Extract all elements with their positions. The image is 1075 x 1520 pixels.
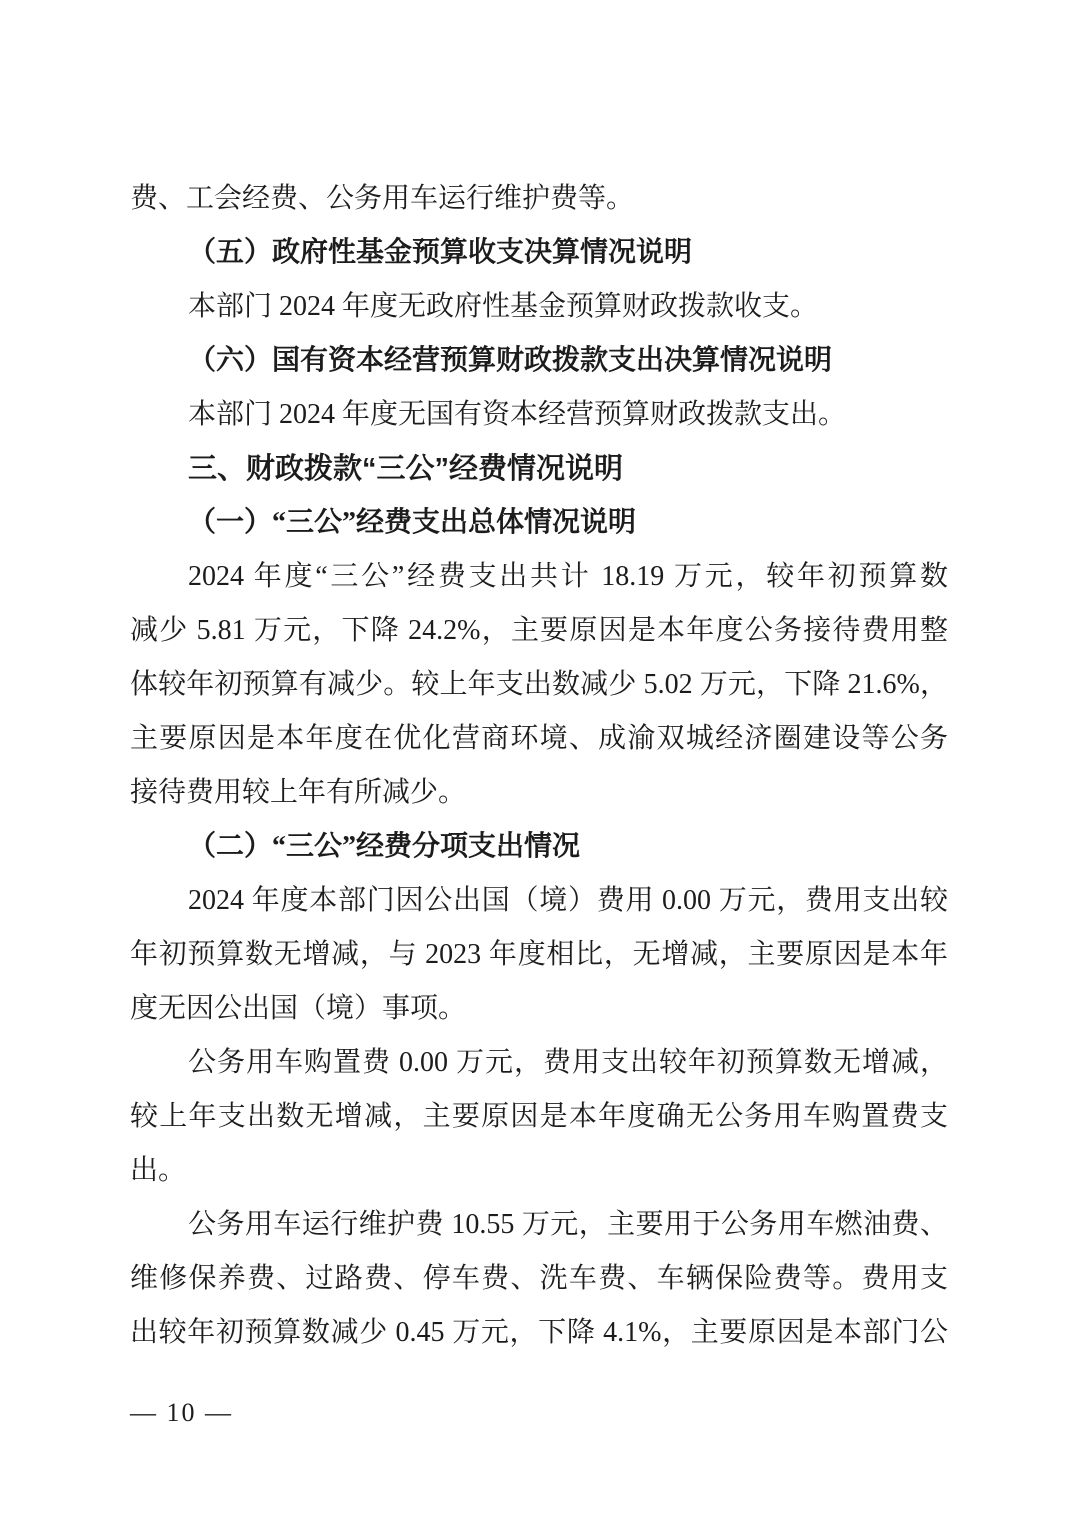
text-line: 接待费用较上年有所减少。: [130, 766, 948, 820]
text-line: （五）政府性基金预算收支决算情况说明: [130, 226, 948, 280]
text-line: 费、工会经费、公务用车运行维护费等。: [130, 172, 948, 226]
text-line: 公务用车购置费 0.00 万元，费用支出较年初预算数无增减，: [130, 1036, 948, 1090]
text-line: 本部门 2024 年度无国有资本经营预算财政拨款支出。: [130, 388, 948, 442]
text-line: 本部门 2024 年度无政府性基金预算财政拨款收支。: [130, 280, 948, 334]
page-number-footer: — 10 —: [130, 1398, 233, 1428]
text-line: 公务用车运行维护费 10.55 万元，主要用于公务用车燃油费、: [130, 1198, 948, 1252]
text-line: 度无因公出国（境）事项。: [130, 982, 948, 1036]
text-line: 年初预算数无增减，与 2023 年度相比，无增减，主要原因是本年: [130, 928, 948, 982]
text-line: 2024 年度本部门因公出国（境）费用 0.00 万元，费用支出较: [130, 874, 948, 928]
text-line: （六）国有资本经营预算财政拨款支出决算情况说明: [130, 334, 948, 388]
text-line: 出。: [130, 1144, 948, 1198]
document-page: 费、工会经费、公务用车运行维护费等。（五）政府性基金预算收支决算情况说明本部门 …: [0, 0, 1075, 1520]
text-line: 出较年初预算数减少 0.45 万元，下降 4.1%，主要原因是本部门公: [130, 1306, 948, 1360]
text-line: 三、财政拨款“三公”经费情况说明: [130, 442, 948, 496]
text-line: 2024 年度“三公”经费支出共计 18.19 万元，较年初预算数: [130, 550, 948, 604]
text-line: 减少 5.81 万元，下降 24.2%，主要原因是本年度公务接待费用整: [130, 604, 948, 658]
document-body: 费、工会经费、公务用车运行维护费等。（五）政府性基金预算收支决算情况说明本部门 …: [130, 172, 948, 1360]
text-line: 维修保养费、过路费、停车费、洗车费、车辆保险费等。费用支: [130, 1252, 948, 1306]
text-line: 主要原因是本年度在优化营商环境、成渝双城经济圈建设等公务: [130, 712, 948, 766]
text-line: （二）“三公”经费分项支出情况: [130, 820, 948, 874]
text-line: （一）“三公”经费支出总体情况说明: [130, 496, 948, 550]
text-line: 体较年初预算有减少。较上年支出数减少 5.02 万元，下降 21.6%，: [130, 658, 948, 712]
text-line: 较上年支出数无增减，主要原因是本年度确无公务用车购置费支: [130, 1090, 948, 1144]
